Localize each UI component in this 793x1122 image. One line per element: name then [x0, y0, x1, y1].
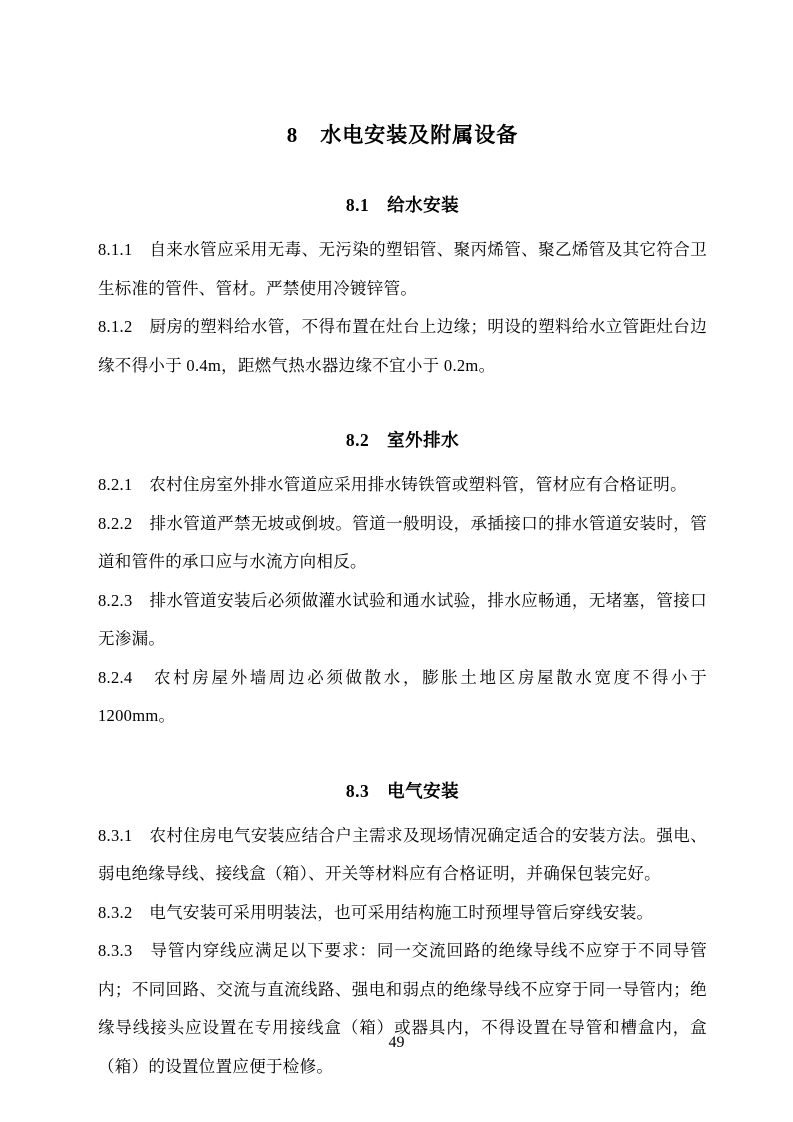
page-number: 49 [0, 1034, 793, 1052]
section-heading-8-3: 8.3 电气安装 [98, 778, 707, 804]
paragraph-8-3-1: 8.3.1 农村住房电气安装应结合户主需求及现场情况确定适合的安装方法。强电、弱… [98, 817, 707, 894]
section-outdoor-drainage: 8.2 室外排水 8.2.1 农村住房室外排水管道应采用排水铸铁管或塑料管，管材… [98, 427, 707, 736]
section-heading-8-2: 8.2 室外排水 [98, 427, 707, 453]
paragraph-8-2-1: 8.2.1 农村住房室外排水管道应采用排水铸铁管或塑料管，管材应有合格证明。 [98, 466, 707, 505]
paragraph-8-2-3: 8.2.3 排水管道安装后必须做灌水试验和通水试验，排水应畅通，无堵塞，管接口无… [98, 582, 707, 659]
paragraph-8-2-4: 8.2.4 农村房屋外墙周边必须做散水，膨胀土地区房屋散水宽度不得小于 1200… [98, 659, 707, 736]
paragraph-8-3-2: 8.3.2 电气安装可采用明装法，也可采用结构施工时预埋导管后穿线安装。 [98, 894, 707, 933]
paragraph-8-1-2: 8.1.2 厨房的塑料给水管，不得布置在灶台上边缘；明设的塑料给水立管距灶台边缘… [98, 308, 707, 385]
paragraph-8-2-2: 8.2.2 排水管道严禁无坡或倒坡。管道一般明设，承插接口的排水管道安装时，管道… [98, 505, 707, 582]
paragraph-8-3-3: 8.3.3 导管内穿线应满足以下要求：同一交流回路的绝缘导线不应穿于不同导管内；… [98, 932, 707, 1086]
document-page: 8 水电安装及附属设备 8.1 给水安装 8.1.1 自来水管应采用无毒、无污染… [0, 0, 793, 1122]
section-water-supply: 8.1 给水安装 8.1.1 自来水管应采用无毒、无污染的塑铝管、聚丙烯管、聚乙… [98, 192, 707, 385]
paragraph-8-1-1: 8.1.1 自来水管应采用无毒、无污染的塑铝管、聚丙烯管、聚乙烯管及其它符合卫生… [98, 231, 707, 308]
section-heading-8-1: 8.1 给水安装 [98, 192, 707, 218]
chapter-title: 8 水电安装及附属设备 [98, 120, 707, 150]
